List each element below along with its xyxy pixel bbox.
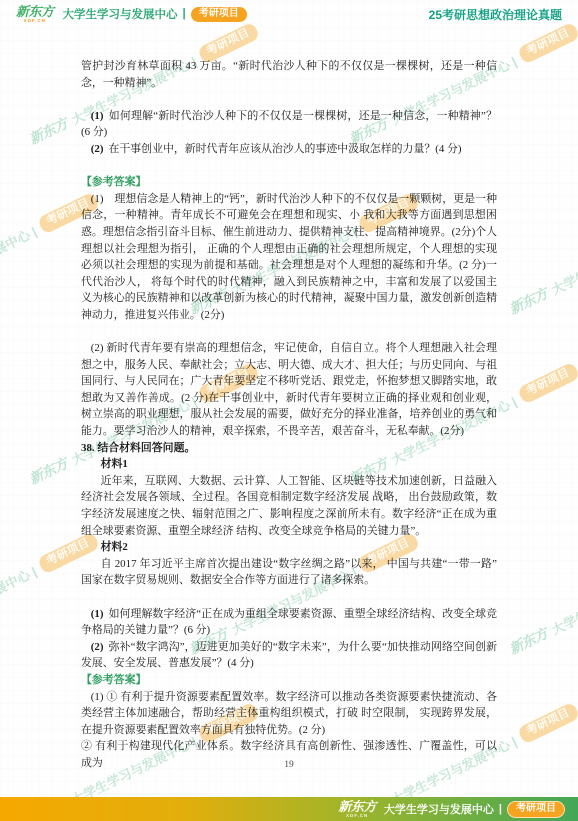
watermark-brand-logo: 新东方 xyxy=(26,453,71,489)
question-text: 如何理解数字经济“正在成为重组全球要素资源、重塑全球经济结构、改变全球竞争格局的… xyxy=(81,608,497,637)
watermark-project-badge: 考研项目 xyxy=(517,702,578,745)
xdf-logo-subtext: XDF.CN xyxy=(346,814,368,819)
answer-38-1: (1) ① 有利于提升资源要素配置效率。数字经济可以推动各类资源要素快捷流动、各… xyxy=(81,689,497,739)
watermark-brand-logo: 新东方 xyxy=(506,623,551,659)
material-1-text: 近年来，互联网、大数据、云计算、人工智能、区块链等技术加速创新，日益融入经济社会… xyxy=(81,473,497,539)
answer-37-1: (1) 理想信念是人精神上的“钙”，新时代治沙人种下的不仅仅是一颗颗树，更是一种… xyxy=(81,191,497,324)
header-separator: | xyxy=(183,8,186,20)
footer-bar: 新东方 XDF.CN 大学生学习与发展中心 | 考研项目 xyxy=(0,797,578,821)
xdf-logo: 新东方 XDF.CN xyxy=(16,5,54,24)
material-2-label: 材料2 xyxy=(81,539,497,556)
answer-heading-38: 【参考答案】 xyxy=(81,672,497,689)
xdf-logo-footer: 新东方 XDF.CN xyxy=(338,800,376,819)
question-37-1: (1)如何理解“新时代治沙人种下的不仅仅是一棵棵树，还是一种信念，一种精神”？(… xyxy=(81,108,497,141)
question-text: 在干事创业中，新时代青年应该从治沙人的事迹中汲取怎样的力量？(4 分) xyxy=(109,143,462,155)
answer-heading-37: 【参考答案】 xyxy=(81,174,497,191)
question-37-2: (2)在干事创业中，新时代青年应该从治沙人的事迹中汲取怎样的力量？(4 分) xyxy=(81,141,497,158)
header-org-label: 大学生学习与发展中心 xyxy=(63,6,178,22)
xdf-logo-subtext: XDF.CN xyxy=(24,19,46,24)
footer-project-badge: 考研项目 xyxy=(507,801,565,818)
document-content: 管护封沙育林草面积 43 万亩。“新时代治沙人种下的不仅仅是一棵棵树，还是一种信… xyxy=(81,58,497,772)
top-header-bar: 新东方 XDF.CN 大学生学习与发展中心 | 考研项目 25考研思想政治理论真… xyxy=(0,0,578,28)
xdf-logo-text: 新东方 xyxy=(16,5,54,18)
question-number: (2) xyxy=(91,143,104,155)
question-number: (1) xyxy=(91,110,104,122)
watermark-stamp: 新东方 大学生学习与发展中心 | 考研项目 xyxy=(506,191,578,319)
watermark-project-badge: 考研项目 xyxy=(517,362,578,405)
footer-org-label: 大学生学习与发展中心 xyxy=(384,801,494,817)
document-page: { "header": { "brand": "新东方", "brand_sub… xyxy=(0,0,578,821)
material-2-text: 自 2017 年习近平主席首次提出建设“数字丝绸之路”以来， 中国与共建“一带一… xyxy=(81,556,497,589)
watermark-project-badge: 考研项目 xyxy=(517,22,578,65)
intro-paragraph: 管护封沙育林草面积 43 万亩。“新时代治沙人种下的不仅仅是一棵棵树，还是一种信… xyxy=(81,58,497,91)
question-number: (2) xyxy=(91,641,104,653)
watermark-stamp: 新东方 大学生学习与发展中心 | 考研项目 xyxy=(506,531,578,659)
question-38-2: (2)弥补“数字鸿沟”，迈进更加美好的“数字未来”，为什么要“加快推动网络空间创… xyxy=(81,639,497,672)
watermark-org-text: 大学生学习与发展中心 | xyxy=(548,221,578,298)
question-text: 如何理解“新时代治沙人种下的不仅仅是一棵棵树，还是一种信念，一种精神”？(6 分… xyxy=(81,110,497,139)
question-38-heading: 38. 结合材料回答问题。 xyxy=(81,440,497,457)
xdf-logo-text: 新东方 xyxy=(338,800,376,813)
watermark-org-text: 大学生学习与发展中心 | xyxy=(0,221,39,298)
question-38-1: (1)如何理解数字经济“正在成为重组全球要素资源、重塑全球经济结构、改变全球竞争… xyxy=(81,606,497,639)
material-1-label: 材料1 xyxy=(81,456,497,473)
footer-separator: | xyxy=(499,803,502,815)
document-title: 25考研思想政治理论真题 xyxy=(429,6,562,23)
watermark-org-text: 大学生学习与发展中心 | xyxy=(548,561,578,638)
watermark-brand-logo: 新东方 xyxy=(26,113,71,149)
watermark-org-text: 大学生学习与发展中心 | xyxy=(0,561,39,638)
question-number: (1) xyxy=(91,608,104,620)
answer-37-2: (2) 新时代青年要有崇高的理想信念，牢记使命，自信自立。将个人理想融入社会理想… xyxy=(81,340,497,440)
question-text: 弥补“数字鸿沟”，迈进更加美好的“数字未来”，为什么要“加快推动网络空间创新发展… xyxy=(81,641,497,670)
watermark-brand-logo: 新东方 xyxy=(506,283,551,319)
header-project-badge: 考研项目 xyxy=(191,7,247,22)
page-number: 19 xyxy=(0,760,578,770)
